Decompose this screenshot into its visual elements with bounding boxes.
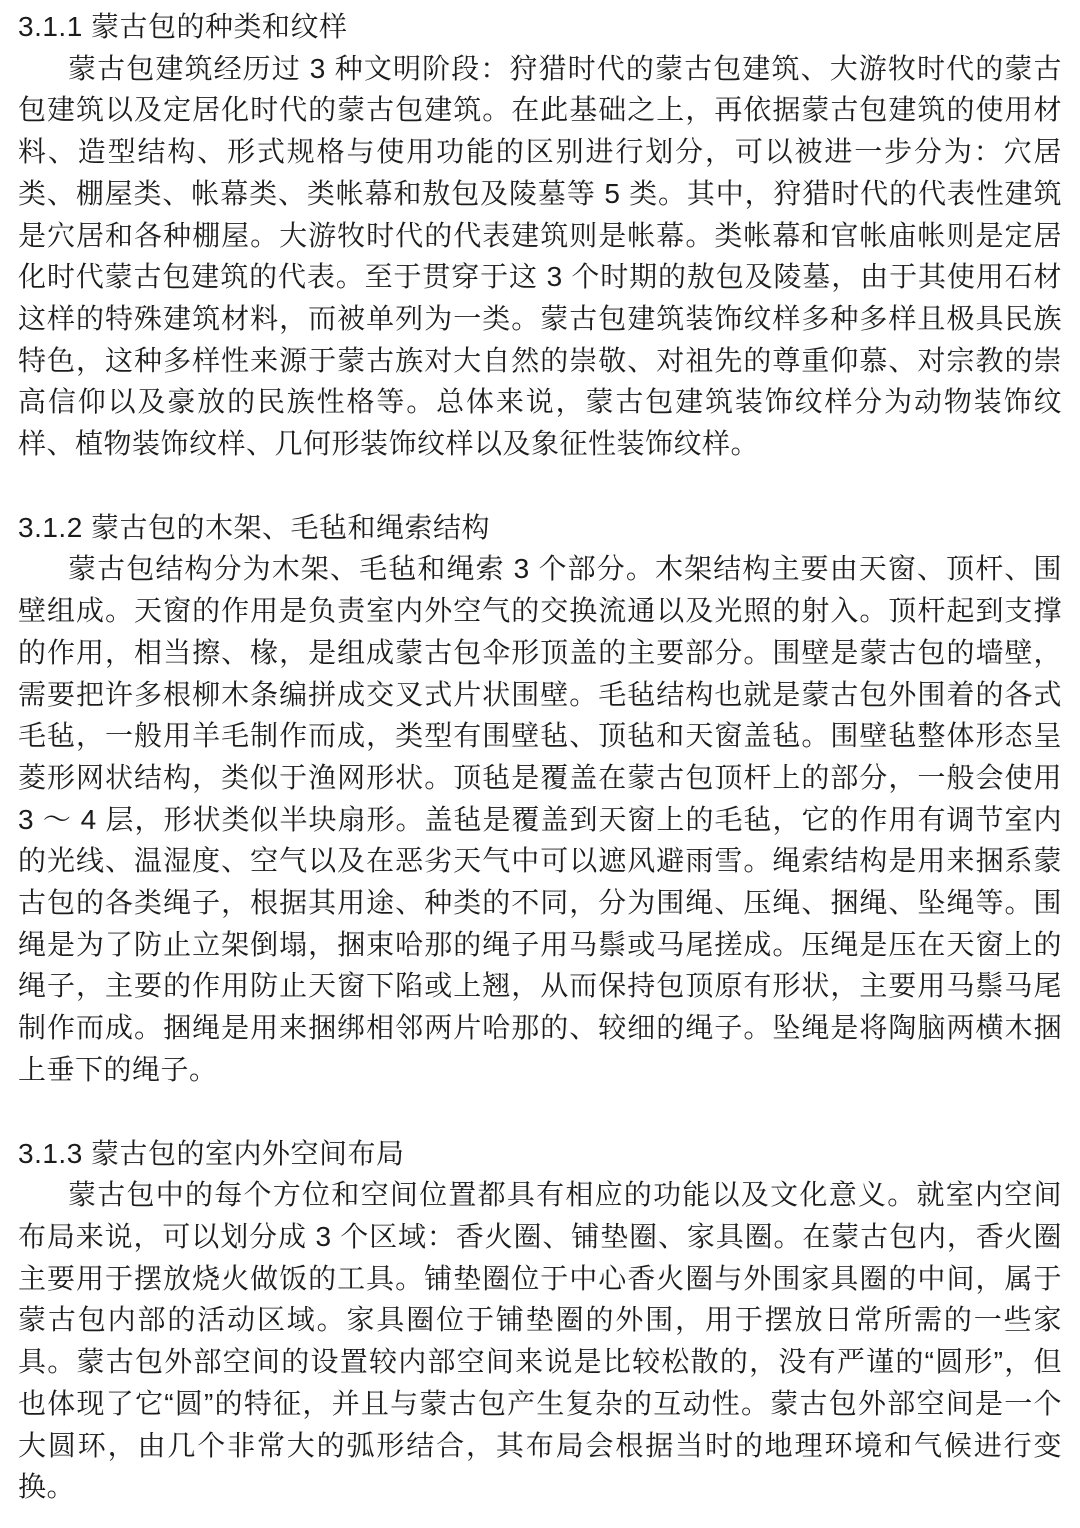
section-3-1-3: 3.1.3 蒙古包的室内外空间布局 蒙古包中的每个方位和空间位置都具有相应的功能… <box>18 1133 1062 1508</box>
section-3-1-3-paragraph: 蒙古包中的每个方位和空间位置都具有相应的功能以及文化意义。就室内空间布局来说，可… <box>18 1174 1062 1508</box>
section-3-1-2-heading: 3.1.2 蒙古包的木架、毛毡和绳索结构 <box>18 507 1062 549</box>
section-3-1-1-heading: 3.1.1 蒙古包的种类和纹样 <box>18 6 1062 48</box>
document-page: 3.1.1 蒙古包的种类和纹样 蒙古包建筑经历过 3 种文明阶段：狩猎时代的蒙古… <box>0 0 1080 1528</box>
section-3-1-2-paragraph: 蒙古包结构分为木架、毛毡和绳索 3 个部分。木架结构主要由天窗、顶杆、围壁组成。… <box>18 548 1062 1090</box>
section-3-1-1-paragraph: 蒙古包建筑经历过 3 种文明阶段：狩猎时代的蒙古包建筑、大游牧时代的蒙古包建筑以… <box>18 48 1062 465</box>
section-3-1-3-heading: 3.1.3 蒙古包的室内外空间布局 <box>18 1133 1062 1175</box>
section-3-1-1: 3.1.1 蒙古包的种类和纹样 蒙古包建筑经历过 3 种文明阶段：狩猎时代的蒙古… <box>18 6 1062 465</box>
section-3-1-2: 3.1.2 蒙古包的木架、毛毡和绳索结构 蒙古包结构分为木架、毛毡和绳索 3 个… <box>18 507 1062 1091</box>
